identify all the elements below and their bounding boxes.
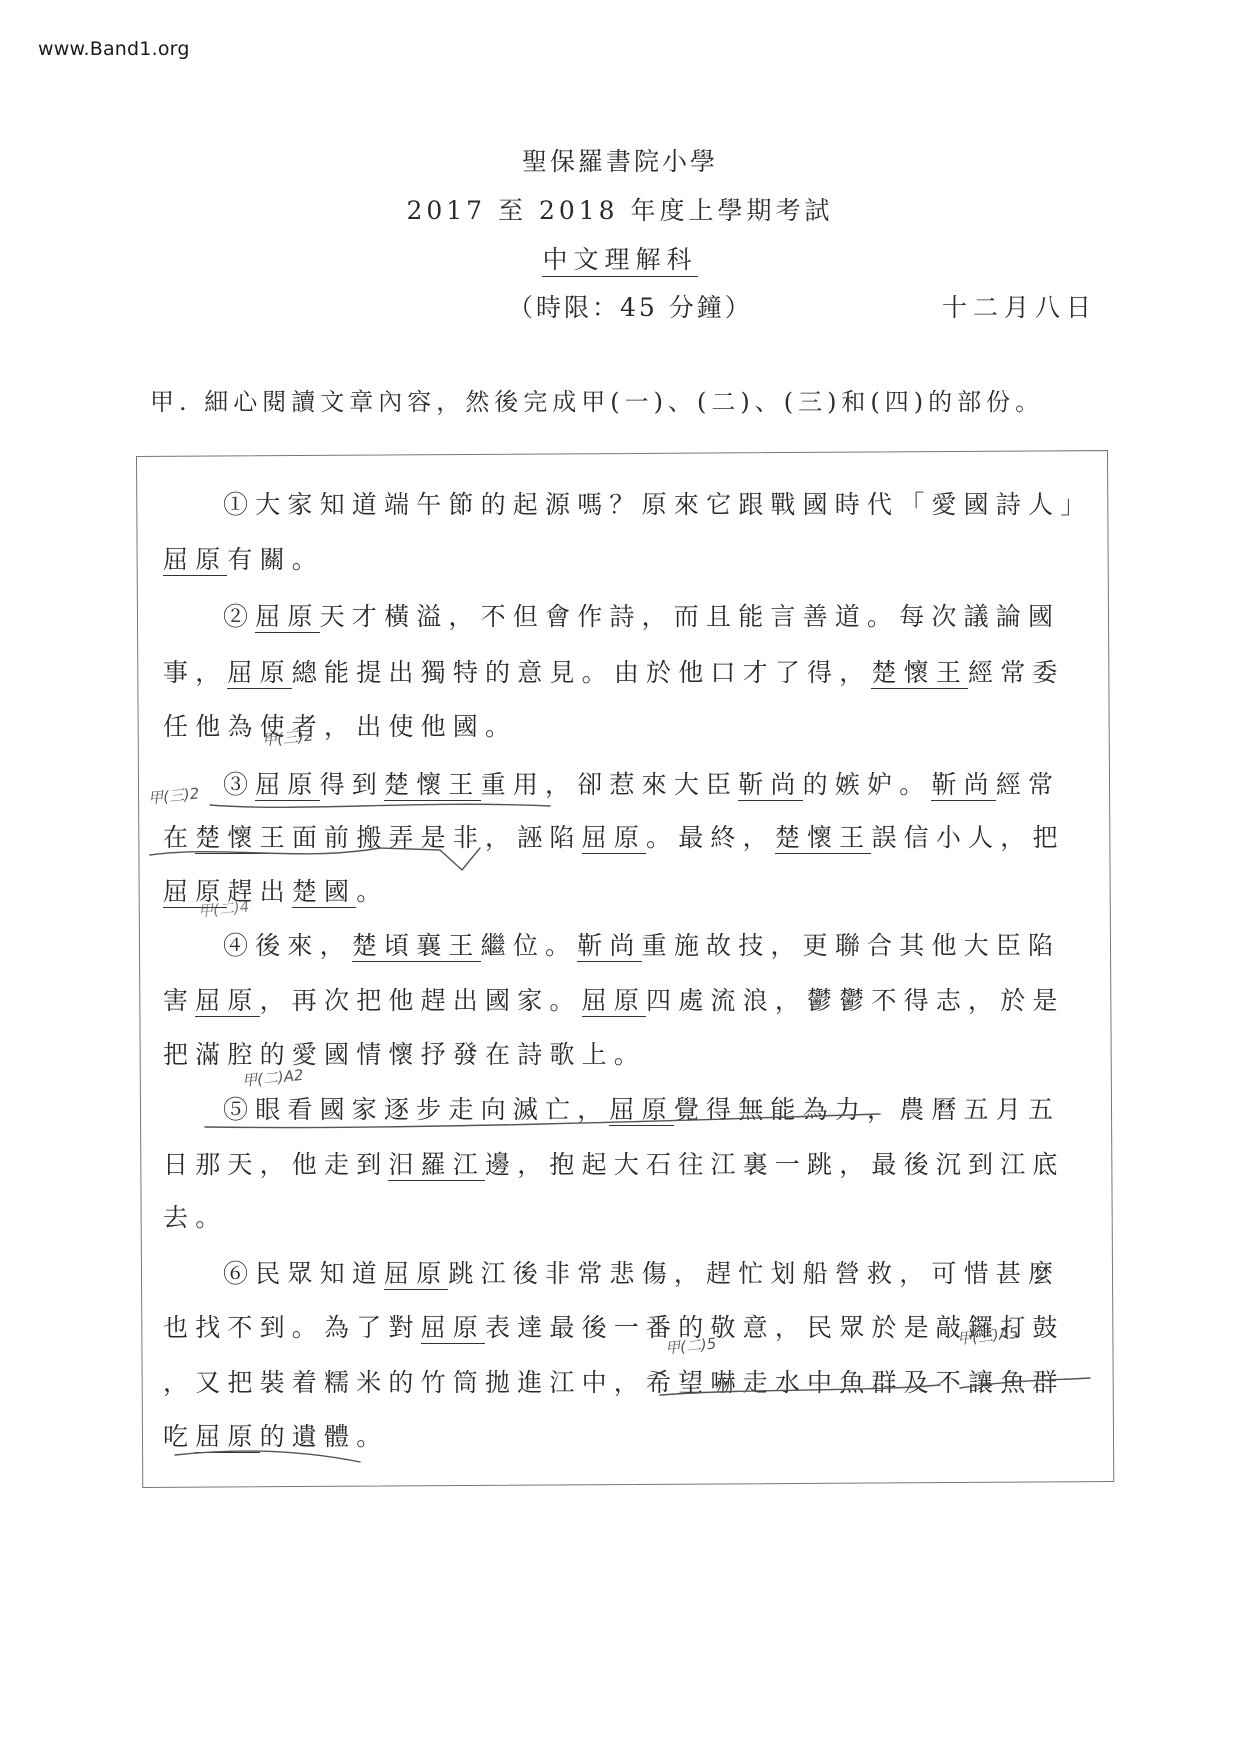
passage-line: 事，屈原總能提出獨特的意見。由於他口才了得，楚懷王經常委 — [163, 653, 1065, 689]
text-run: 在 — [163, 823, 195, 852]
passage-line: ④後來，楚頃襄王繼位。靳尚重施故技，更聯合其他大臣陷 — [223, 926, 1060, 962]
exam-term: 2017 至 2018 年度上學期考試 — [0, 191, 1240, 227]
passage-line: ⑥民眾知道屈原跳江後非常悲傷，趕忙划船營救，可惜甚麼 — [223, 1254, 1060, 1290]
passage-line: 也找不到。為了對屈原表達最後一番的敬意，民眾於是敲鑼打鼓 — [163, 1308, 1065, 1344]
text-run: ，再次把他趕出國家。 — [260, 986, 582, 1015]
text-run: 重施故技，更聯合其他大臣陷 — [642, 931, 1061, 960]
text-run: 的嫉妒。 — [803, 770, 932, 799]
text-run: 重用，卻惹來大臣 — [481, 770, 739, 799]
text-run: 邊，抱起大石往江裏一跳，最後沉到江底 — [485, 1150, 1065, 1179]
proper-noun: 楚懷王 — [195, 823, 292, 854]
text-run: 繼位。 — [481, 931, 578, 960]
proper-noun: 靳尚 — [738, 770, 802, 801]
text-run: 總能提出獨特的意見。由於他口才了得， — [292, 658, 872, 687]
proper-noun: 屈原 — [582, 823, 646, 854]
text-run: ，又把裝着糯米的竹筒拋進江中，希望嚇走水中魚群及不讓魚群 — [163, 1368, 1065, 1397]
text-run: ④後來， — [223, 931, 352, 960]
text-run: 的遺體。 — [260, 1422, 389, 1451]
text-run: ①大家知道端午節的起源嗎？原來它跟戰國時代「愛國詩人」 — [223, 490, 1092, 519]
text-run: ③ — [223, 770, 255, 799]
passage-line: ，又把裝着糯米的竹筒拋進江中，希望嚇走水中魚群及不讓魚群 — [163, 1363, 1065, 1399]
proper-noun: 楚國 — [292, 877, 356, 908]
passage-line: 日那天，他走到汨羅江邊，抱起大石往江裏一跳，最後沉到江底 — [163, 1145, 1065, 1181]
proper-noun: 屈原 — [384, 1259, 448, 1290]
proper-noun: 楚懷王 — [384, 770, 481, 801]
text-run: ② — [223, 602, 255, 631]
proper-noun: 屈原 — [255, 602, 319, 633]
text-run: 害 — [163, 986, 195, 1015]
text-run: 把滿腔的愛國情懷抒發在詩歌上。 — [163, 1040, 646, 1069]
text-run: 經常委 — [968, 658, 1065, 687]
text-run: 面前搬弄是非，誣陷 — [292, 823, 582, 852]
proper-noun: 靳尚 — [931, 770, 995, 801]
text-run: 天才橫溢，不但會作詩，而且能言善道。每次議論國 — [320, 602, 1061, 631]
proper-noun: 屈原 — [195, 1422, 259, 1453]
text-run: 有關。 — [227, 545, 324, 574]
passage-line: ①大家知道端午節的起源嗎？原來它跟戰國時代「愛國詩人」 — [223, 485, 1092, 521]
subject-title: 中文理解科 — [0, 240, 1240, 276]
time-limit: （時限：45 分鐘） — [508, 288, 753, 324]
text-run: 日那天，他走到 — [163, 1150, 388, 1179]
passage-line: ⑤眼看國家逐步走向滅亡，屈原覺得無能為力，農曆五月五 — [223, 1090, 1060, 1126]
passage-line: 害屈原，再次把他趕出國家。屈原四處流浪，鬱鬱不得志，於是 — [163, 981, 1065, 1017]
exam-date: 十二月八日 — [942, 288, 1097, 324]
passage-line: ②屈原天才橫溢，不但會作詩，而且能言善道。每次議論國 — [223, 597, 1060, 633]
proper-noun: 楚懷王 — [775, 823, 872, 854]
text-run: 覺得無能為力，農曆五月五 — [674, 1095, 1060, 1124]
passage-line: 在楚懷王面前搬弄是非，誣陷屈原。最終，楚懷王誤信小人，把 — [163, 818, 1065, 854]
proper-noun: 楚懷王 — [871, 658, 968, 689]
proper-noun: 屈原 — [163, 545, 227, 576]
proper-noun: 屈原 — [582, 986, 646, 1017]
proper-noun: 汨羅江 — [388, 1150, 485, 1181]
proper-noun: 楚頃襄王 — [352, 931, 481, 962]
text-run: ⑥民眾知道 — [223, 1259, 384, 1288]
text-run: 跳江後非常悲傷，趕忙划船營救，可惜甚麼 — [448, 1259, 1060, 1288]
section-instruction: 甲. 細心閱讀文章內容，然後完成甲(一)、(二)、(三)和(四)的部份。 — [150, 382, 1044, 417]
passage-line: 任他為使者，出使他國。 — [163, 707, 517, 743]
proper-noun: 靳尚 — [577, 931, 641, 962]
text-run: 事， — [163, 658, 227, 687]
passage-line: 屈原有關。 — [163, 540, 324, 576]
text-run: 。最終， — [646, 823, 775, 852]
proper-noun: 屈原 — [421, 1313, 485, 1344]
text-run: 四處流浪，鬱鬱不得志，於是 — [646, 986, 1065, 1015]
text-run: 誤信小人，把 — [871, 823, 1064, 852]
text-run: 得到 — [320, 770, 384, 799]
text-run: 也找不到。為了對 — [163, 1313, 421, 1342]
passage-line: 吃屈原的遺體。 — [163, 1417, 388, 1453]
text-run: 去。 — [163, 1203, 227, 1232]
text-run: 經常 — [996, 770, 1060, 799]
passage-line: 去。 — [163, 1198, 227, 1234]
text-run: 。 — [356, 877, 388, 906]
subject-title-text: 中文理解科 — [542, 245, 697, 277]
text-run: 吃 — [163, 1422, 195, 1451]
text-run: ⑤眼看國家逐步走向滅亡， — [223, 1095, 609, 1124]
proper-noun: 屈原 — [255, 770, 319, 801]
proper-noun: 屈原 — [609, 1095, 673, 1126]
passage-line: 把滿腔的愛國情懷抒發在詩歌上。 — [163, 1035, 646, 1071]
school-name: 聖保羅書院小學 — [0, 142, 1240, 178]
passage-line: ③屈原得到楚懷王重用，卻惹來大臣靳尚的嫉妒。靳尚經常 — [223, 765, 1060, 801]
proper-noun: 屈原 — [195, 986, 259, 1017]
watermark-url[interactable]: www.Band1.org — [38, 38, 190, 60]
text-run: 任他為使者，出使他國。 — [163, 712, 517, 741]
proper-noun: 屈原 — [227, 658, 291, 689]
